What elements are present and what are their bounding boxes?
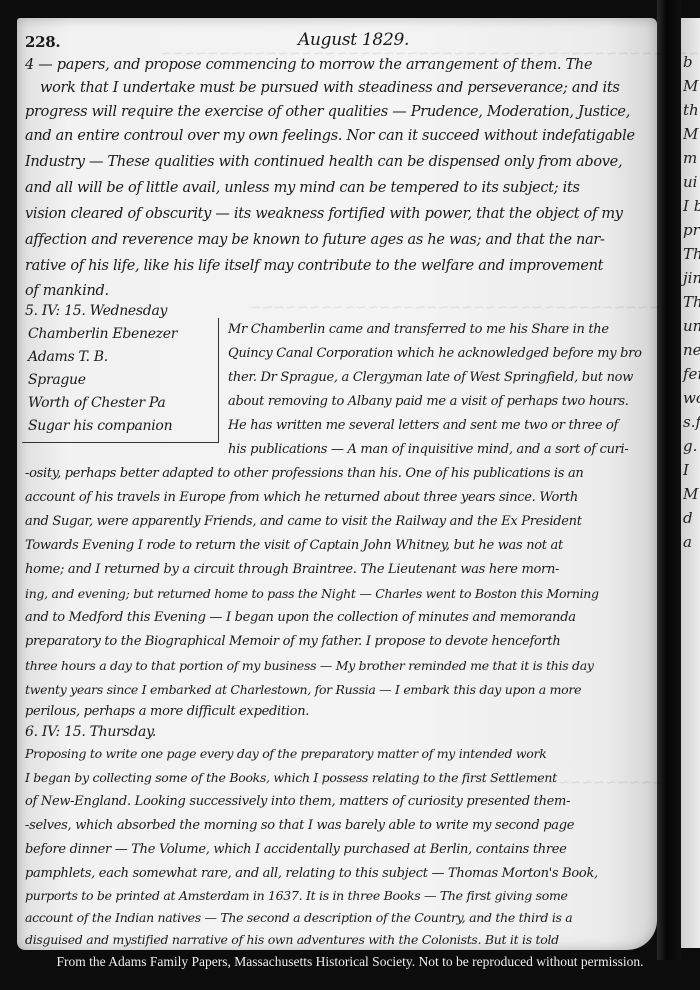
adjacent-page-fragment: a <box>683 533 692 551</box>
adjacent-page-fragment: M <box>683 77 698 95</box>
adjacent-page-fragment: m <box>683 149 697 167</box>
text-line: progress will require the exercise of ot… <box>25 104 630 120</box>
text-line: his publications — A man of inquisitive … <box>228 442 629 457</box>
text-line: ing, and evening; but returned home to p… <box>25 586 599 601</box>
text-line: of New-England. Looking successively int… <box>25 794 570 809</box>
text-line: three hours a day to that portion of my … <box>25 658 594 673</box>
text-line: rative of his life, like his life itself… <box>25 258 603 274</box>
text-line: perilous, perhaps a more difficult exped… <box>25 704 309 719</box>
adjacent-page-fragment: M <box>683 485 698 503</box>
text-line: about removing to Albany paid me a visit… <box>228 394 629 409</box>
adjacent-page-strip: bMthMmuiI bproThjinTheunyneferwos.fg.IMd… <box>681 18 700 948</box>
text-line: account of his travels in Europe from wh… <box>25 490 578 505</box>
text-line: before dinner — The Volume, which I acci… <box>25 842 567 857</box>
text-line: and Sugar, were apparently Friends, and … <box>25 514 582 529</box>
margin-name: Sugar his companion <box>28 418 172 434</box>
text-line: affection and reverence may be known to … <box>25 232 605 248</box>
text-line: account of the Indian natives — The seco… <box>25 910 572 925</box>
bleed-through-text: ~~~~~~~~~~~~~~~~~~~~~~~~~~~~~~~~~~~~ <box>250 300 672 316</box>
adjacent-page-fragment: th <box>683 101 699 119</box>
text-line: -selves, which absorbed the morning so t… <box>25 818 574 833</box>
credit-line: From the Adams Family Papers, Massachuse… <box>0 954 700 970</box>
adjacent-page-fragment: I <box>683 461 689 479</box>
adjacent-page-fragment: I b <box>683 197 700 215</box>
adjacent-page-fragment: g. <box>683 437 697 455</box>
text-line: twenty years since I embarked at Charles… <box>25 682 581 697</box>
adjacent-page-fragment: ui <box>683 173 697 191</box>
text-line: of mankind. <box>25 283 109 299</box>
text-line: disguised and mystified narrative of his… <box>25 932 559 947</box>
text-line: Quincy Canal Corporation which he acknow… <box>228 346 642 361</box>
text-line: and all will be of little avail, unless … <box>25 180 580 196</box>
text-line: purports to be printed at Amsterdam in 1… <box>25 888 568 903</box>
text-line: home; and I returned by a circuit throug… <box>25 562 559 577</box>
adjacent-page-fragment: fer <box>683 365 700 383</box>
text-line: Proposing to write one page every day of… <box>25 746 546 761</box>
adjacent-page-fragment: d <box>683 509 693 527</box>
margin-name: Sprague <box>28 372 86 388</box>
adjacent-page-fragment: M <box>683 125 698 143</box>
text-line: Industry — These qualities with continue… <box>25 154 622 170</box>
adjacent-page-fragment: pro <box>683 221 700 239</box>
page-header-month: August 1829. <box>298 30 409 50</box>
text-line: 4 — papers, and propose commencing to mo… <box>25 57 592 73</box>
margin-name: Chamberlin Ebenezer <box>28 326 177 342</box>
entry-date-heading: 6. IV: 15. Thursday. <box>25 724 156 740</box>
text-line: He has written me several letters and se… <box>228 418 618 433</box>
text-line: I began by collecting some of the Books,… <box>25 770 557 785</box>
text-line: preparatory to the Biographical Memoir o… <box>25 634 560 649</box>
text-line: work that I undertake must be pursued wi… <box>40 80 620 96</box>
text-line: vision cleared of obscurity — its weakne… <box>25 206 623 222</box>
adjacent-page-fragment: uny <box>683 317 700 335</box>
text-line: Mr Chamberlin came and transferred to me… <box>228 322 609 337</box>
page-number: 228. <box>25 33 60 51</box>
text-line: Towards Evening I rode to return the vis… <box>25 538 563 553</box>
adjacent-page-fragment: The <box>683 293 700 311</box>
book-gutter <box>657 0 681 960</box>
margin-name: Adams T. B. <box>28 349 108 365</box>
adjacent-page-fragment: s.f <box>683 413 700 431</box>
text-line: and an entire controul over my own feeli… <box>25 128 635 144</box>
margin-name: Worth of Chester Pa <box>28 395 165 411</box>
adjacent-page-fragment: Th <box>683 245 700 263</box>
adjacent-page-fragment: jin <box>683 269 700 287</box>
text-line: -osity, perhaps better adapted to other … <box>25 466 583 481</box>
adjacent-page-fragment: ne <box>683 341 700 359</box>
text-line: and to Medford this Evening — I began up… <box>25 610 576 625</box>
text-line: pamphlets, each somewhat rare, and all, … <box>25 866 598 881</box>
text-line: ther. Dr Sprague, a Clergyman late of We… <box>228 370 633 385</box>
entry-date-heading: 5. IV: 15. Wednesday <box>25 303 167 319</box>
adjacent-page-fragment: wo <box>683 389 700 407</box>
